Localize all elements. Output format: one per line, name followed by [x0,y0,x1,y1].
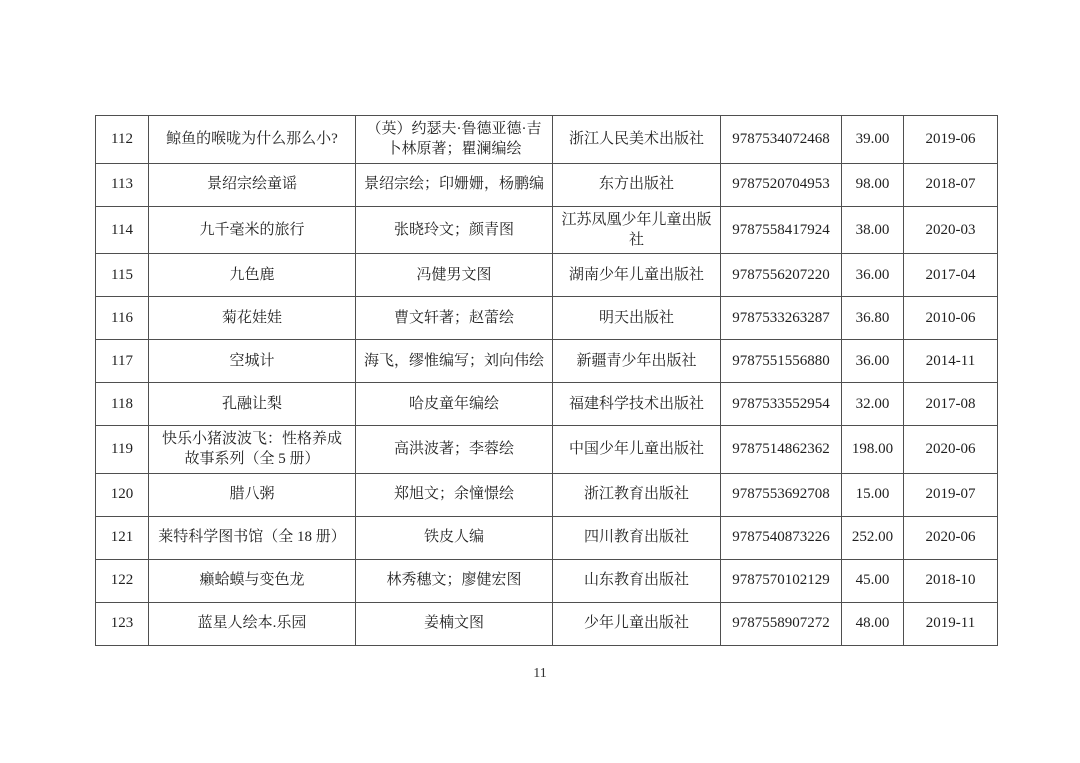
cell-no: 114 [96,206,149,254]
cell-publisher: 明天出版社 [553,297,721,340]
cell-pub_date: 2018-07 [904,163,998,206]
cell-publisher: 浙江人民美术出版社 [553,116,721,164]
cell-pub_date: 2014-11 [904,340,998,383]
cell-no: 117 [96,340,149,383]
cell-publisher: 浙江教育出版社 [553,473,721,516]
cell-title: 莱特科学图书馆（全 18 册） [149,516,356,559]
cell-contributors: 铁皮人编 [356,516,553,559]
cell-no: 121 [96,516,149,559]
cell-contributors: 姜楠文图 [356,602,553,645]
cell-no: 123 [96,602,149,645]
cell-publisher: 新疆青少年出版社 [553,340,721,383]
book-list-table-body: 112鲸鱼的喉咙为什么那么小?（英）约瑟夫·鲁德亚德·吉卜林原著；瞿澜编绘浙江人… [96,116,998,646]
table-row: 118孔融让梨哈皮童年编绘福建科学技术出版社978753355295432.00… [96,383,998,426]
cell-price: 48.00 [842,602,904,645]
cell-isbn: 9787556207220 [721,254,842,297]
cell-publisher: 中国少年儿童出版社 [553,426,721,474]
cell-pub_date: 2020-06 [904,516,998,559]
cell-title: 景绍宗绘童谣 [149,163,356,206]
cell-isbn: 9787533552954 [721,383,842,426]
cell-title: 空城计 [149,340,356,383]
cell-price: 36.00 [842,254,904,297]
cell-contributors: 冯健男文图 [356,254,553,297]
cell-pub_date: 2017-04 [904,254,998,297]
cell-isbn: 9787540873226 [721,516,842,559]
cell-pub_date: 2020-03 [904,206,998,254]
cell-publisher: 江苏凤凰少年儿童出版社 [553,206,721,254]
table-row: 119快乐小猪波波飞：性格养成故事系列（全 5 册）高洪波著；李蓉绘中国少年儿童… [96,426,998,474]
cell-isbn: 9787551556880 [721,340,842,383]
cell-title: 孔融让梨 [149,383,356,426]
document-page: 112鲸鱼的喉咙为什么那么小?（英）约瑟夫·鲁德亚德·吉卜林原著；瞿澜编绘浙江人… [0,0,1080,763]
cell-price: 36.80 [842,297,904,340]
cell-isbn: 9787558417924 [721,206,842,254]
cell-title: 鲸鱼的喉咙为什么那么小? [149,116,356,164]
cell-price: 38.00 [842,206,904,254]
cell-contributors: 张晓玲文；颜青图 [356,206,553,254]
cell-publisher: 湖南少年儿童出版社 [553,254,721,297]
cell-no: 116 [96,297,149,340]
cell-title: 腊八粥 [149,473,356,516]
cell-title: 蓝星人绘本.乐园 [149,602,356,645]
cell-title: 癞蛤蟆与变色龙 [149,559,356,602]
cell-no: 119 [96,426,149,474]
cell-contributors: 曹文轩著；赵蕾绘 [356,297,553,340]
cell-price: 39.00 [842,116,904,164]
table-row: 123蓝星人绘本.乐园姜楠文图少年儿童出版社978755890727248.00… [96,602,998,645]
table-row: 114九千毫米的旅行张晓玲文；颜青图江苏凤凰少年儿童出版社97875584179… [96,206,998,254]
table-row: 122癞蛤蟆与变色龙林秀穗文；廖健宏图山东教育出版社97875701021294… [96,559,998,602]
cell-title: 九色鹿 [149,254,356,297]
cell-contributors: 林秀穗文；廖健宏图 [356,559,553,602]
cell-isbn: 9787553692708 [721,473,842,516]
cell-title: 快乐小猪波波飞：性格养成故事系列（全 5 册） [149,426,356,474]
cell-pub_date: 2019-06 [904,116,998,164]
cell-no: 118 [96,383,149,426]
cell-contributors: 景绍宗绘；印姗姗，杨鹏编 [356,163,553,206]
cell-pub_date: 2020-06 [904,426,998,474]
cell-isbn: 9787520704953 [721,163,842,206]
table-row: 120腊八粥郑旭文；余憧憬绘浙江教育出版社978755369270815.002… [96,473,998,516]
cell-price: 45.00 [842,559,904,602]
cell-publisher: 福建科学技术出版社 [553,383,721,426]
table-row: 121莱特科学图书馆（全 18 册）铁皮人编四川教育出版社97875408732… [96,516,998,559]
cell-pub_date: 2018-10 [904,559,998,602]
cell-publisher: 四川教育出版社 [553,516,721,559]
cell-isbn: 9787570102129 [721,559,842,602]
cell-title: 菊花娃娃 [149,297,356,340]
cell-price: 198.00 [842,426,904,474]
cell-contributors: （英）约瑟夫·鲁德亚德·吉卜林原著；瞿澜编绘 [356,116,553,164]
cell-no: 122 [96,559,149,602]
cell-pub_date: 2019-07 [904,473,998,516]
cell-price: 98.00 [842,163,904,206]
cell-isbn: 9787558907272 [721,602,842,645]
table-row: 117空城计海飞，缪惟编写；刘向伟绘新疆青少年出版社97875515568803… [96,340,998,383]
cell-isbn: 9787533263287 [721,297,842,340]
book-list-table: 112鲸鱼的喉咙为什么那么小?（英）约瑟夫·鲁德亚德·吉卜林原著；瞿澜编绘浙江人… [95,115,998,646]
cell-contributors: 高洪波著；李蓉绘 [356,426,553,474]
cell-price: 252.00 [842,516,904,559]
cell-contributors: 哈皮童年编绘 [356,383,553,426]
cell-no: 113 [96,163,149,206]
cell-pub_date: 2010-06 [904,297,998,340]
cell-price: 15.00 [842,473,904,516]
cell-no: 120 [96,473,149,516]
cell-price: 36.00 [842,340,904,383]
cell-title: 九千毫米的旅行 [149,206,356,254]
table-row: 112鲸鱼的喉咙为什么那么小?（英）约瑟夫·鲁德亚德·吉卜林原著；瞿澜编绘浙江人… [96,116,998,164]
table-row: 113景绍宗绘童谣景绍宗绘；印姗姗，杨鹏编东方出版社97875207049539… [96,163,998,206]
cell-publisher: 山东教育出版社 [553,559,721,602]
cell-price: 32.00 [842,383,904,426]
table-row: 116菊花娃娃曹文轩著；赵蕾绘明天出版社978753326328736.8020… [96,297,998,340]
cell-contributors: 郑旭文；余憧憬绘 [356,473,553,516]
cell-no: 112 [96,116,149,164]
table-row: 115九色鹿冯健男文图湖南少年儿童出版社978755620722036.0020… [96,254,998,297]
cell-pub_date: 2017-08 [904,383,998,426]
cell-pub_date: 2019-11 [904,602,998,645]
cell-isbn: 9787514862362 [721,426,842,474]
cell-publisher: 少年儿童出版社 [553,602,721,645]
cell-no: 115 [96,254,149,297]
cell-isbn: 9787534072468 [721,116,842,164]
cell-contributors: 海飞，缪惟编写；刘向伟绘 [356,340,553,383]
page-number: 11 [0,666,1080,682]
cell-publisher: 东方出版社 [553,163,721,206]
